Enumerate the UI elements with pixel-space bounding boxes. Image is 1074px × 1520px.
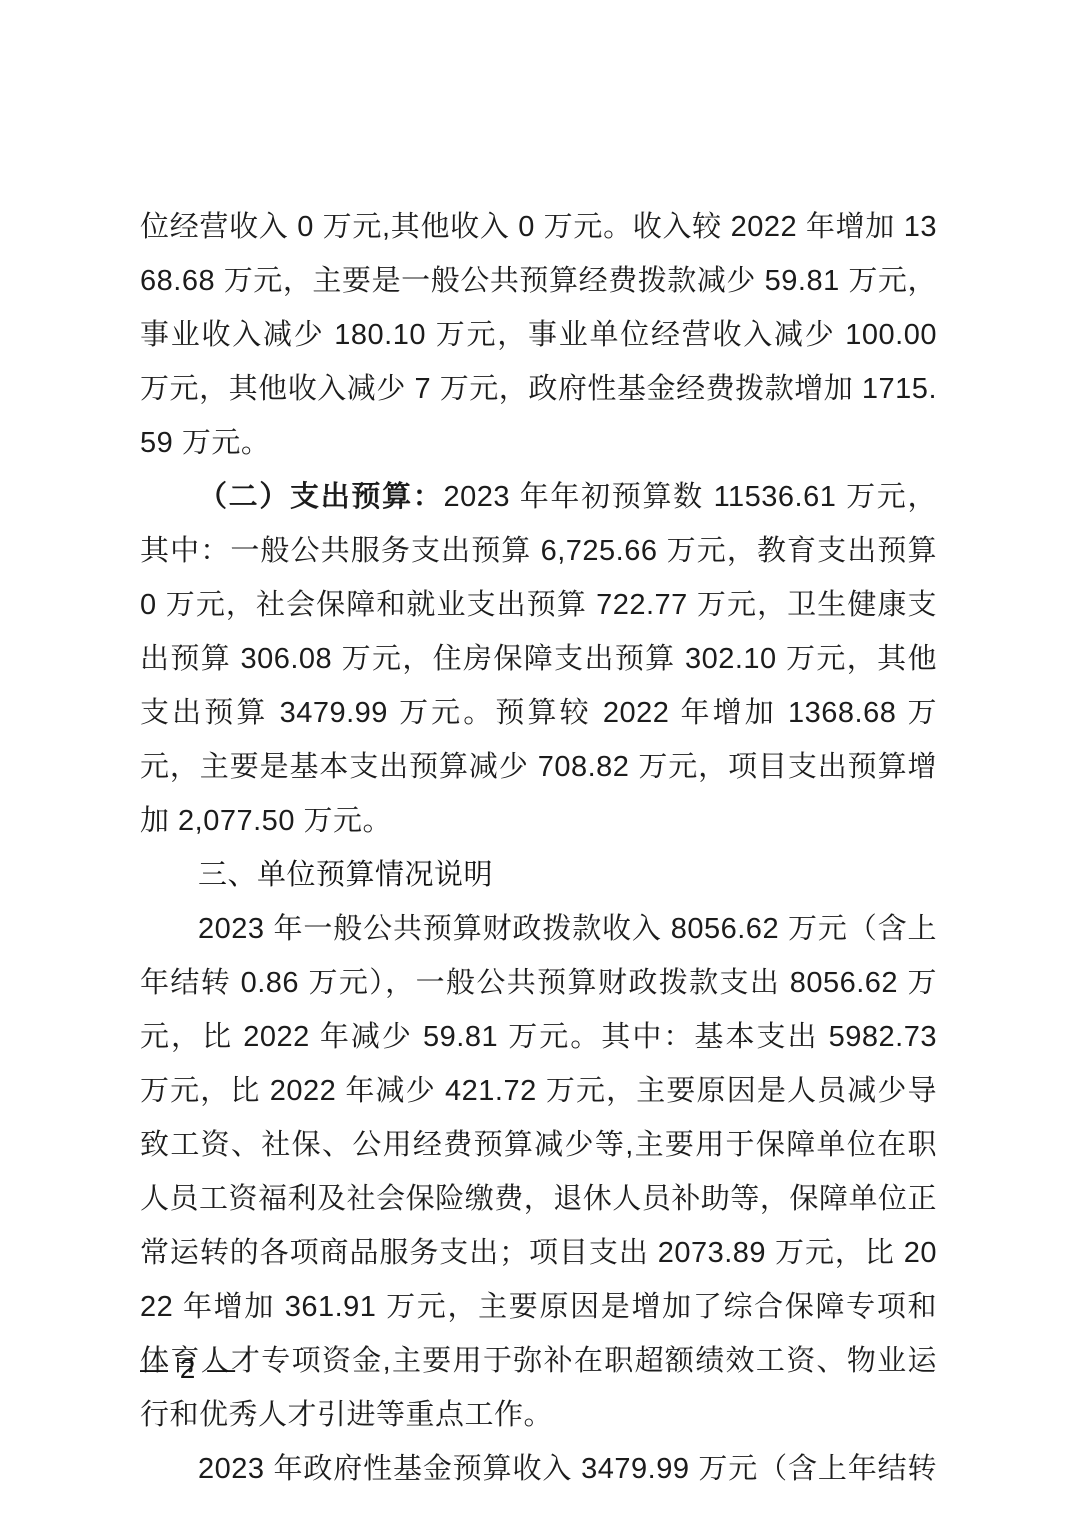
text-run: 三、单位预算情况说明	[198, 859, 493, 891]
paragraph: 2023 年政府性基金预算收入 3479.99 万元（含上年结转	[140, 1442, 937, 1496]
page-number: — 2 —	[140, 1352, 237, 1386]
text-run: 位经营收入 0 万元,其他收入 0 万元。收入较 2022 年增加 1368.6…	[140, 211, 937, 459]
text-run: 2023 年年初预算数 11536.61 万元，其中：一般公共服务支出预算 6,…	[140, 481, 937, 837]
document-page: 位经营收入 0 万元,其他收入 0 万元。收入较 2022 年增加 1368.6…	[0, 0, 1074, 1520]
paragraph-lead-label: （二）支出预算：	[198, 481, 443, 513]
section-heading: 三、单位预算情况说明	[140, 848, 937, 902]
document-body: 位经营收入 0 万元,其他收入 0 万元。收入较 2022 年增加 1368.6…	[140, 200, 937, 1496]
paragraph: 位经营收入 0 万元,其他收入 0 万元。收入较 2022 年增加 1368.6…	[140, 200, 937, 470]
text-run: 2023 年一般公共预算财政拨款收入 8056.62 万元（含上年结转 0.86…	[140, 913, 937, 1431]
paragraph: 2023 年一般公共预算财政拨款收入 8056.62 万元（含上年结转 0.86…	[140, 902, 937, 1442]
paragraph: （二）支出预算：2023 年年初预算数 11536.61 万元，其中：一般公共服…	[140, 470, 937, 848]
text-run: 2023 年政府性基金预算收入 3479.99 万元（含上年结转	[198, 1453, 937, 1485]
